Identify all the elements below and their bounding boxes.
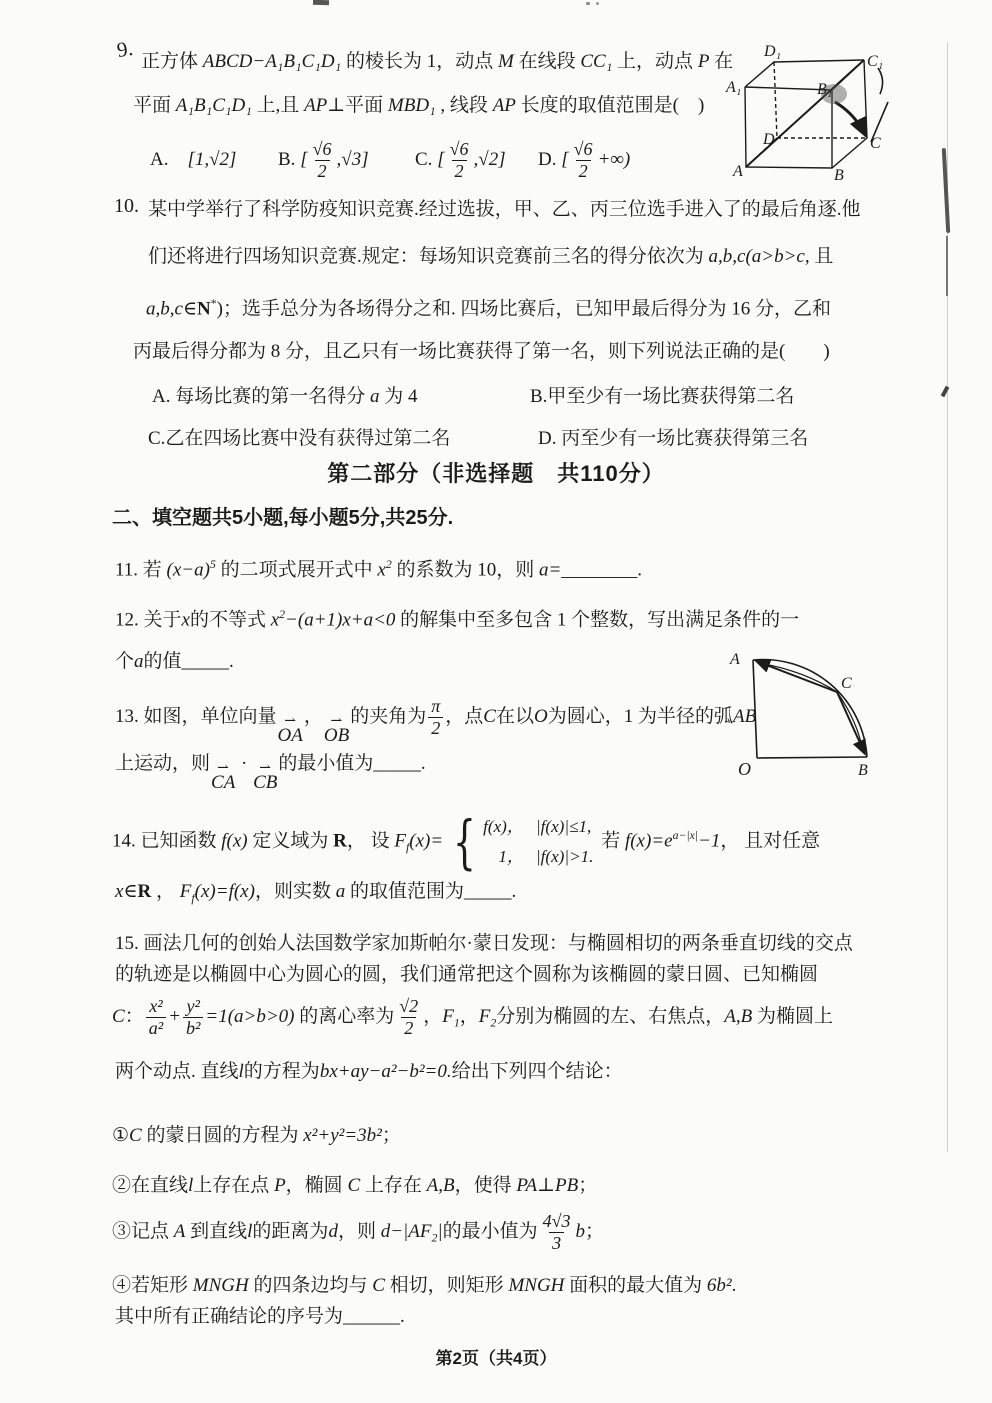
scan-artifact-top-dot2 <box>596 2 599 5</box>
scan-artifact-top-dash <box>313 0 329 5</box>
q9-option-c: C. [√62,√2] <box>415 140 506 181</box>
q10-number: 10. <box>114 193 139 220</box>
q15-conclusion-3: ③记点 A 到直线l的距离为d，则 d−|AF2|的最小值为4√33b； <box>112 1212 604 1253</box>
q14-line-1: 14. 已知函数 f(x) 定义域为 R， 设 Ff(x)={f(x)，|f(x… <box>112 812 820 872</box>
scan-artifact-right-tick <box>941 386 950 398</box>
scan-artifact-right-blob <box>942 148 950 233</box>
cube-figure: D₁ C₁ A₁ B₁ D C A B <box>720 32 905 197</box>
cube-label-b1: B₁ <box>817 81 832 98</box>
q11-line-1: 11. 若 (x−a)5 的二项式展开式中 x2 的系数为 10，则 a=___… <box>115 551 642 583</box>
q9-line-1: 正方体 ABCD−A₁B₁C₁D₁ 的棱长为 1，动点 M 在线段 CC₁ 上，… <box>141 48 733 75</box>
part2-title: 第二部分（非选择题 共110分） <box>0 460 992 487</box>
vector-ob: ⇀OB <box>324 718 349 745</box>
q9-number: 9. <box>115 35 135 64</box>
q15-line-3: C：x²a²+y²b²=1(a>b>0) 的离心率为√22，F1，F2分别为椭圆… <box>112 997 833 1038</box>
q15-conclusion-1: ①C 的蒙日圆的方程为 x²+y²=3b²； <box>112 1122 401 1149</box>
q10-option-d: D. 丙至少有一场比赛获得第三名 <box>538 425 808 452</box>
fraction: y²b² <box>183 997 203 1038</box>
q13-line-2: 上运动，则⇀CA · ⇀CB的最小值为_____. <box>115 750 426 792</box>
part2-subtitle: 二、填空题共5小题,每小题5分,共25分. <box>112 505 453 532</box>
q14-line-2: x∈R ， Ff(x)=f(x)，则实数 a 的取值范围为_____. <box>115 878 516 912</box>
q10-line-2: 们还将进行四场知识竞赛.规定：每场知识竞赛前三名的得分依次为 a,b,c(a>b… <box>148 243 833 270</box>
q10-option-b: B.甲至少有一场比赛获得第二名 <box>530 383 794 410</box>
q9-option-d: D. [√62+∞) <box>538 140 630 181</box>
arc-label-o: O <box>738 759 751 779</box>
fraction: √22 <box>396 997 421 1038</box>
fraction: π2 <box>428 697 443 738</box>
q10-option-a: A. 每场比赛的第一名得分 a 为 4 <box>152 383 418 410</box>
fraction: 4√33 <box>540 1212 574 1253</box>
q9-line-2: 平面 A₁B₁C₁D₁ 上,且 AP⊥平面 MBD₁ , 线段 AP 长度的取值… <box>133 92 704 119</box>
cube-label-a: A <box>732 163 743 180</box>
vector-cb: ⇀CB <box>253 765 277 792</box>
arc-label-c: C <box>841 675 852 692</box>
piecewise-function: {f(x)，|f(x)|≤1,1，|f(x)|>1. <box>446 812 593 872</box>
q9-option-a: A. [1,√2] <box>150 146 236 173</box>
q10-line-1: 某中学举行了科学防疫知识竞赛.经过选拔，甲、乙、丙三位选手进入了的最后角逐.他 <box>148 196 861 223</box>
q10-line-3: a,b,c∈N*)；选手总分为各场得分之和. 四场比赛后，已知甲最后得分为 16… <box>146 290 831 322</box>
q10-option-c: C.乙在四场比赛中没有获得过第二名 <box>148 425 450 452</box>
fraction: √62 <box>310 140 335 181</box>
q15-conclusion-4: ④若矩形 MNGH 的四条边均与 C 相切，则矩形 MNGH 面积的最大值为 6… <box>112 1272 736 1299</box>
q9-option-b: B. [√62,√3] <box>278 140 369 181</box>
fraction: √62 <box>571 140 596 181</box>
q12-line-2: 个a的值_____. <box>115 648 234 675</box>
cube-label-d: D <box>762 131 775 148</box>
q13-line-1: 13. 如图，单位向量⇀OA，⇀OB的夹角为π2，点C在以O为圆心，1 为半径的… <box>115 697 756 745</box>
q15-line-4: 两个动点. 直线l的方程为bx+ay−a²−b²=0.给出下列四个结论： <box>115 1058 623 1085</box>
q15-last-line: 其中所有正确结论的序号为______. <box>115 1303 405 1330</box>
cube-label-c1: C₁ <box>867 53 883 70</box>
cube-label-a1: A₁ <box>725 79 741 96</box>
q15-conclusion-2: ②在直线l上存在点 P，椭圆 C 上存在 A,B，使得 PA⊥PB； <box>112 1172 597 1199</box>
q10-line-4: 丙最后得分都为 8 分，且乙只有一场比赛获得了第一名，则下列说法正确的是( ) <box>133 338 830 365</box>
q15-line-1: 15. 画法几何的创始人法国数学家加斯帕尔·蒙日发现：与椭圆相切的两条垂直切线的… <box>115 930 853 957</box>
exam-page: 9. 正方体 ABCD−A₁B₁C₁D₁ 的棱长为 1，动点 M 在线段 CC₁… <box>0 0 992 1403</box>
vector-oa: ⇀OA <box>278 718 303 745</box>
fraction: √62 <box>447 140 472 181</box>
cube-label-b: B <box>834 167 844 184</box>
fraction: x²a² <box>146 997 166 1038</box>
vector-arc-figure: A C O B <box>712 642 892 782</box>
vector-ca: ⇀CA <box>211 765 235 792</box>
q15-line-2: 的轨迹是以椭圆中心为圆心的圆，我们通常把这个圆称为该椭圆的蒙日圆、已知椭圆 <box>115 961 818 988</box>
scan-artifact-right-blob2 <box>946 236 948 296</box>
cube-label-c: C <box>870 135 881 152</box>
cube-label-d1: D₁ <box>763 43 781 60</box>
arc-label-a: A <box>729 651 740 668</box>
page-footer: 第2页（共4页） <box>0 1345 992 1372</box>
arc-label-b: B <box>858 762 868 779</box>
scan-artifact-top-dot <box>586 2 590 5</box>
q12-line-1: 12. 关于x的不等式 x2−(a+1)x+a<0 的解集中至多包含 1 个整数… <box>115 601 799 633</box>
